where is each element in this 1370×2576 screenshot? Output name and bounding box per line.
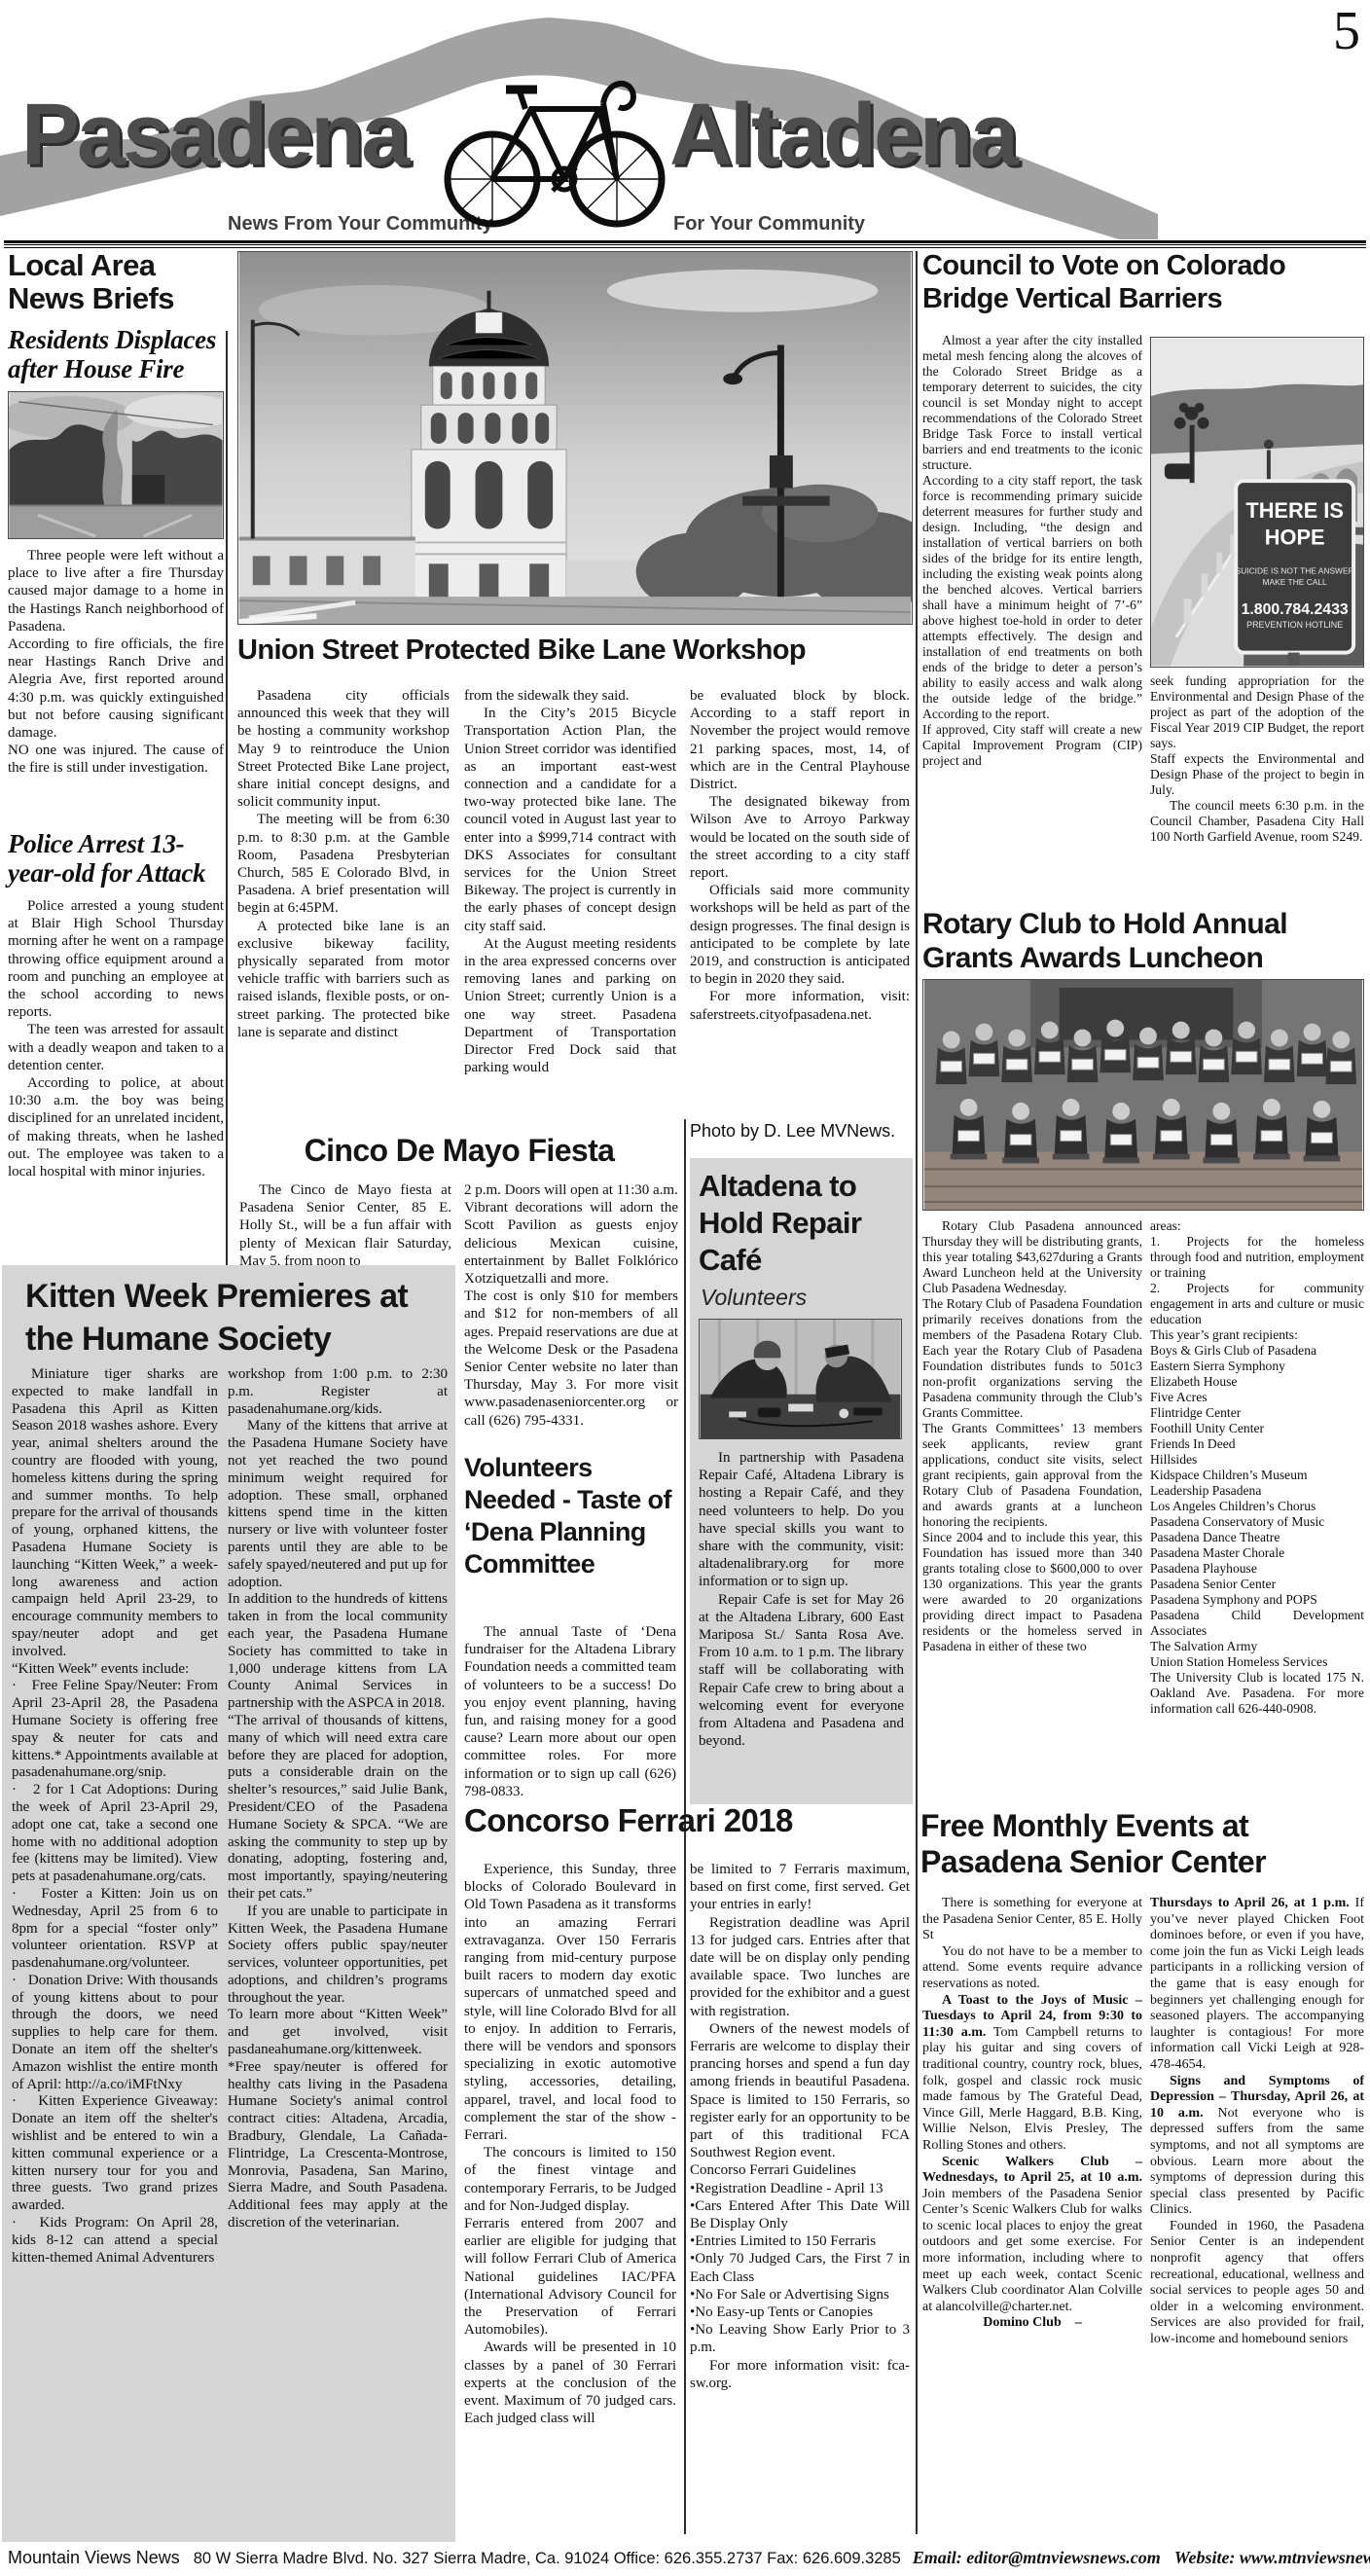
paragraph: Repair Cafe is set for May 26 at the Alt… [699, 1591, 904, 1751]
paragraph: The annual Taste of ‘Dena fundraiser for… [464, 1623, 676, 1800]
bridge-photo: THERE IS HOPE SUICIDE IS NOT THE ANSWER … [1150, 337, 1364, 668]
senior-col1: There is something for everyone at the P… [922, 1896, 1142, 2534]
paragraph: Pasadena Child Development Associates [1150, 1608, 1364, 1639]
paragraph: “The arrival of thousands of kittens, ma… [228, 1713, 448, 1904]
footer-website: Website: www.mtnviewsnews.com [1174, 2548, 1370, 2567]
paragraph: Rotary Club Pasadena announced Thursday … [922, 1218, 1142, 1296]
paragraph: workshop from 1:00 p.m. to 2:30 p.m. Reg… [228, 1366, 448, 1418]
sign-line-2: HOPE [1265, 526, 1325, 550]
union-col3: be evaluated block by block. According t… [690, 687, 910, 1115]
paragraph: Ferraris entered from 2007 and earlier a… [464, 2215, 676, 2339]
paragraph: Pasadena Symphony and POPS [1150, 1592, 1364, 1608]
paragraph: Hillsides [1150, 1452, 1364, 1468]
paragraph: The council meets 6:30 p.m. in the Counc… [1150, 798, 1364, 845]
paragraph: Five Acres [1150, 1390, 1364, 1405]
paragraph: · Free Feline Spay/Neuter: From April 23… [12, 1678, 218, 1782]
sign-line-5: 1.800.784.2433 [1242, 601, 1349, 618]
article-local-briefs: Local Area News Briefs Residents Displac… [8, 249, 226, 383]
paragraph: If you are unable to participate in Kitt… [228, 1904, 448, 2008]
rotary-title: Rotary Club to Hold Annual Grants Awards… [922, 907, 1368, 975]
bicycle-icon [436, 35, 669, 234]
city-hall-photo [237, 251, 913, 625]
paragraph: The Rotary Club of Pasadena Foundation p… [922, 1296, 1142, 1421]
kitten-title: Kitten Week Premieres at the Humane Soci… [2, 1265, 455, 1361]
cinco-col1: The Cinco de Mayo fiesta at Pasadena Sen… [239, 1181, 451, 1271]
paragraph: The teen was arrested for assault with a… [8, 1021, 224, 1074]
paragraph: Registration deadline was April 13 for j… [690, 1914, 910, 2020]
masthead-title-altadena: Altadena [669, 86, 1016, 186]
volunteers-text: The annual Taste of ‘Dena fundraiser for… [464, 1623, 676, 1806]
sign-line-4: MAKE THE CALL [1263, 577, 1328, 587]
paragraph: 2 p.m. Doors will open at 11:30 a.m. [464, 1181, 678, 1199]
paragraph: There is something for everyone at the P… [922, 1896, 1142, 1944]
paragraph: seek funding appropriation for the Envir… [1150, 673, 1364, 751]
paragraph: The Grants Committees’ 13 members seek a… [922, 1421, 1142, 1530]
fire-photo [8, 391, 224, 539]
paragraph: Union Station Homeless Services [1150, 1654, 1364, 1670]
council-col2: seek funding appropriation for the Envir… [1150, 673, 1364, 903]
paragraph: Thursdays to April 26, at 1 p.m. If you’… [1150, 1896, 1364, 2074]
paragraph: Pasadena Playhouse [1150, 1561, 1364, 1577]
sign-line-1: THERE IS [1245, 498, 1344, 523]
repair-subhead: Volunteers [701, 1285, 904, 1311]
paragraph: Los Angeles Children’s Chorus [1150, 1499, 1364, 1514]
repair-cafe-photo [699, 1319, 902, 1439]
briefs-police-text: Police arrested a young student at Blair… [8, 897, 224, 1259]
masthead-tagline-right: For Your Community [673, 213, 865, 236]
paragraph: At the August meeting residents in the a… [464, 935, 676, 1077]
paragraph: Domino Club – [922, 2315, 1142, 2332]
masthead-title-pasadena: Pasadena [21, 86, 407, 186]
ferrari-col1: Experience, this Sunday, three blocks of… [464, 1861, 676, 2536]
article-repair-cafe: Altadena to Hold Repair Café Volunteers … [690, 1158, 913, 1804]
paragraph: *Free spay/neuter is offered for healthy… [228, 2059, 448, 2232]
paragraph: The Cinco de Mayo fiesta at Pasadena Sen… [239, 1181, 451, 1270]
union-col2: from the sidewalk they said.In the City’… [464, 687, 676, 1148]
paragraph: According to fire officials, the fire ne… [8, 635, 224, 742]
paragraph: This year’s grant recipients: [1150, 1327, 1364, 1343]
footer: Mountain Views News 80 W Sierra Madre Bl… [8, 2548, 1366, 2568]
paragraph: Eastern Sierra Symphony [1150, 1359, 1364, 1374]
paragraph: Elizabeth House [1150, 1374, 1364, 1390]
paragraph: The cost is only $10 for members and $12… [464, 1288, 678, 1430]
paragraph: •No Leaving Show Early Prior to 3 p.m. [690, 2321, 910, 2356]
council-title: Council to Vote on Colorado Bridge Verti… [922, 249, 1368, 315]
rotary-col1: Rotary Club Pasadena announced Thursday … [922, 1218, 1142, 1802]
paragraph: •Only 70 Judged Cars, the First 7 in Eac… [690, 2250, 910, 2285]
footer-address: 80 W Sierra Madre Blvd. No. 327 Sierra M… [194, 2550, 901, 2567]
paragraph: A protected bike lane is an exclusive bi… [237, 918, 450, 1041]
senior-col2: Thursdays to April 26, at 1 p.m. If you’… [1150, 1896, 1364, 2534]
paragraph: Flintridge Center [1150, 1405, 1364, 1421]
newspaper-page: 5 Pasadena Altadena [0, 0, 1370, 2576]
paragraph: from the sidewalk they said. [464, 687, 676, 705]
sign-line-6: PREVENTION HOTLINE [1246, 620, 1343, 630]
paragraph: Pasadena Master Chorale [1150, 1545, 1364, 1561]
paragraph: Miniature tiger sharks are expected to m… [12, 1366, 218, 1661]
divider-left [226, 331, 228, 1265]
paragraph: · Kitten Experience Giveaway: Donate an … [12, 2093, 218, 2215]
paragraph: According to a city staff report, the ta… [922, 473, 1142, 722]
paragraph: The University Club is located 175 N. Oa… [1150, 1670, 1364, 1717]
paragraph: Three people were left without a place t… [8, 547, 224, 635]
paragraph: · Foster a Kitten: Join us on Wednesday,… [12, 1886, 218, 1973]
union-col1: Pasadena city officials announced this w… [237, 687, 450, 1148]
paragraph: · 2 for 1 Cat Adoptions: During the week… [12, 1782, 218, 1886]
paragraph: areas: [1150, 1218, 1364, 1234]
paragraph: Scenic Walkers Club – Wednesdays, to Apr… [922, 2155, 1142, 2316]
paragraph: In addition to the hundreds of kittens t… [228, 1591, 448, 1713]
paragraph: Foothill Unity Center [1150, 1421, 1364, 1436]
paragraph: According to police, at about 10:30 a.m.… [8, 1074, 224, 1180]
paragraph: NO one was injured. The cause of the fir… [8, 742, 224, 777]
paragraph: Pasadena Conservatory of Music [1150, 1514, 1364, 1530]
briefs-title: Local Area News Briefs [8, 249, 226, 315]
senior-title: Free Monthly Events at Pasadena Senior C… [920, 1808, 1368, 1880]
paragraph: •No For Sale or Advertising Signs [690, 2286, 910, 2304]
paragraph: The meeting will be from 6:30 p.m. to 8:… [237, 811, 450, 917]
masthead-divider-rule [4, 240, 1366, 248]
paragraph: Experience, this Sunday, three blocks of… [464, 1861, 676, 2144]
rotary-col2: areas:1. Projects for the homeless throu… [1150, 1218, 1364, 1802]
paragraph: Owners of the newest models of Ferraris … [690, 2020, 910, 2162]
footer-email: Email: editor@mtnviewsnews.com [913, 2548, 1161, 2567]
paragraph: Signs and Symptoms of Depression – Thurs… [1150, 2074, 1364, 2219]
paragraph: The concours is limited to 150 of the fi… [464, 2144, 676, 2215]
paragraph: Officials said more community workshops … [690, 882, 910, 988]
kitten-col2: workshop from 1:00 p.m. to 2:30 p.m. Reg… [228, 1366, 448, 2530]
paragraph: •No Easy-up Tents or Canopies [690, 2304, 910, 2321]
paragraph: For more information visit: fca-sw.org. [690, 2357, 910, 2392]
repair-text: In partnership with Pasadena Repair Café… [699, 1449, 904, 1887]
briefs-subhead-police: Police Arrest 13-year-old for Attack [8, 829, 228, 888]
paragraph: Vibrant decorations will adorn the Scott… [464, 1199, 678, 1288]
paragraph: Staff expects the Environmental and Desi… [1150, 751, 1364, 798]
briefs-subhead-fire: Residents Displaces after House Fire [8, 325, 226, 383]
divider-right [916, 251, 918, 2534]
paragraph: 1. Projects for the homeless through foo… [1150, 1234, 1364, 1281]
paragraph: The designated bikeway from Wilson Ave t… [690, 793, 910, 882]
paragraph: Friends In Deed [1150, 1436, 1364, 1452]
paragraph: · Donation Drive: With thousands of youn… [12, 1973, 218, 2094]
paragraph: A Toast to the Joys of Music – Tuesdays … [922, 1993, 1142, 2155]
paragraph: Founded in 1960, the Pasadena Senior Cen… [1150, 2219, 1364, 2348]
masthead: 5 Pasadena Altadena [0, 0, 1370, 239]
paragraph: Many of the kittens that arrive at the P… [228, 1418, 448, 1591]
paragraph: Concorso Ferrari Guidelines [690, 2161, 910, 2179]
paragraph: Pasadena Senior Center [1150, 1577, 1364, 1592]
paragraph: “Kitten Week” events include: [12, 1661, 218, 1679]
paragraph: To learn more about “Kitten Week” and ge… [228, 2007, 448, 2058]
paragraph: •Entries Limited to 150 Ferraris [690, 2232, 910, 2250]
paragraph: •Registration Deadline - April 13 [690, 2180, 910, 2197]
paragraph: Police arrested a young student at Blair… [8, 897, 224, 1021]
paragraph: Awards will be presented in 10 classes b… [464, 2339, 676, 2427]
cinco-title: Cinco De Mayo Fiesta [239, 1133, 679, 1168]
council-col1: Almost a year after the city installed m… [922, 333, 1142, 903]
footer-paper-name: Mountain Views News [8, 2548, 180, 2567]
kitten-col1: Miniature tiger sharks are expected to m… [12, 1366, 218, 2530]
paragraph: Pasadena city officials announced this w… [237, 687, 450, 811]
paragraph: You do not have to be a member to attend… [922, 1944, 1142, 1993]
photo-credit-caption: Photo by D. Lee MVNews. [690, 1121, 912, 1142]
page-number: 5 [1333, 0, 1360, 62]
paragraph: In the City’s 2015 Bicycle Transportatio… [464, 705, 676, 935]
paragraph: If approved, City staff will create a ne… [922, 722, 1142, 769]
paragraph: · Kids Program: On April 28, kids 8-12 c… [12, 2215, 218, 2267]
briefs-fire-text: Three people were left without a place t… [8, 547, 224, 827]
paragraph: •Cars Entered After This Date Will Be Di… [690, 2197, 910, 2232]
paragraph: Since 2004 and to include this year, thi… [922, 1530, 1142, 1654]
paragraph: In partnership with Pasadena Repair Café… [699, 1449, 904, 1591]
paragraph: Leadership Pasadena [1150, 1483, 1364, 1499]
paragraph: 2. Projects for community engagement in … [1150, 1281, 1364, 1327]
paragraph: For more information, visit: saferstreet… [690, 988, 910, 1023]
repair-title: Altadena to Hold Repair Café [699, 1168, 904, 1279]
paragraph: Boys & Girls Club of Pasadena [1150, 1343, 1364, 1359]
paragraph: The Salvation Army [1150, 1639, 1364, 1654]
rotary-luncheon-photo [922, 979, 1364, 1211]
paragraph: Almost a year after the city installed m… [922, 333, 1142, 473]
paragraph: Pasadena Dance Theatre [1150, 1530, 1364, 1545]
sign-line-3: SUICIDE IS NOT THE ANSWER [1236, 565, 1354, 575]
ferrari-col2: be limited to 7 Ferraris maximum, based … [690, 1861, 910, 2536]
paragraph: be evaluated block by block. According t… [690, 687, 910, 793]
paragraph: Kidspace Children’s Museum [1150, 1468, 1364, 1483]
volunteers-title: Volunteers Needed - Taste of ‘Dena Plann… [464, 1452, 680, 1580]
union-title: Union Street Protected Bike Lane Worksho… [237, 635, 913, 667]
